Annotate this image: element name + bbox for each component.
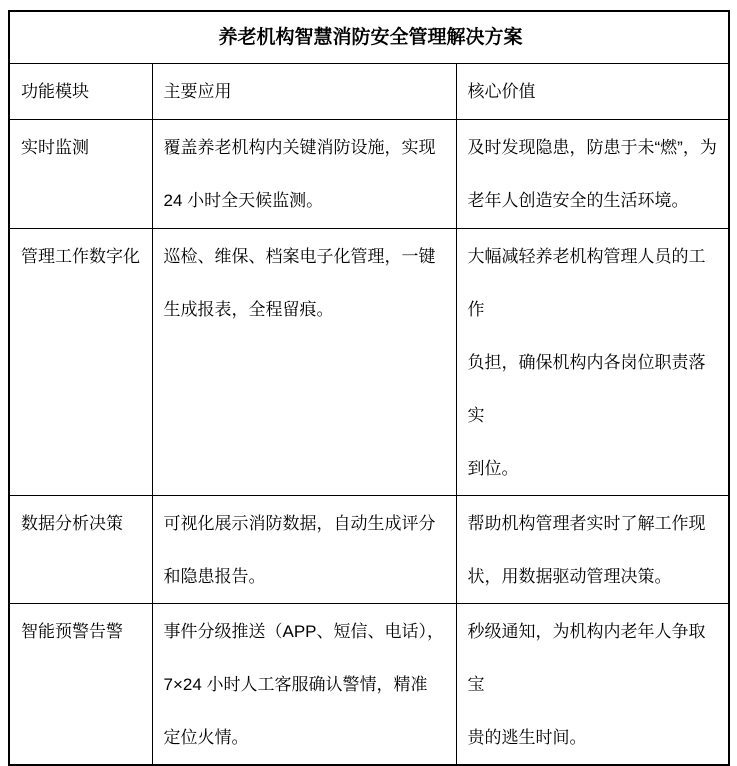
cell-value: 及时发现隐患，防患于未“燃”，为 老年人创造安全的生活环境。 bbox=[456, 119, 729, 228]
header-application: 主要应用 bbox=[152, 63, 456, 119]
cell-module: 智能预警告警 bbox=[9, 603, 152, 765]
cell-application: 可视化展示消防数据，自动生成评分 和隐患报告。 bbox=[152, 495, 456, 603]
cell-application: 事件分级推送（APP、短信、电话）， 7×24 小时人工客服确认警情，精准 定位… bbox=[152, 603, 456, 765]
table-row: 数据分析决策 可视化展示消防数据，自动生成评分 和隐患报告。 帮助机构管理者实时… bbox=[9, 495, 729, 603]
table-title-row: 养老机构智慧消防安全管理解决方案 bbox=[9, 11, 729, 63]
cell-application: 巡检、维保、档案电子化管理，一键 生成报表，全程留痕。 bbox=[152, 228, 456, 495]
header-module: 功能模块 bbox=[9, 63, 152, 119]
cell-value: 帮助机构管理者实时了解工作现 状，用数据驱动管理决策。 bbox=[456, 495, 729, 603]
cell-module: 实时监测 bbox=[9, 119, 152, 228]
cell-value: 大幅减轻养老机构管理人员的工作 负担，确保机构内各岗位职责落实 到位。 bbox=[456, 228, 729, 495]
header-value: 核心价值 bbox=[456, 63, 729, 119]
table-row: 实时监测 覆盖养老机构内关键消防设施，实现 24 小时全天候监测。 及时发现隐患… bbox=[9, 119, 729, 228]
cell-application: 覆盖养老机构内关键消防设施，实现 24 小时全天候监测。 bbox=[152, 119, 456, 228]
cell-value: 秒级通知，为机构内老年人争取宝 贵的逃生时间。 bbox=[456, 603, 729, 765]
table-row: 智能预警告警 事件分级推送（APP、短信、电话）， 7×24 小时人工客服确认警… bbox=[9, 603, 729, 765]
table-title: 养老机构智慧消防安全管理解决方案 bbox=[9, 11, 729, 63]
table-row: 管理工作数字化 巡检、维保、档案电子化管理，一键 生成报表，全程留痕。 大幅减轻… bbox=[9, 228, 729, 495]
table-header-row: 功能模块 主要应用 核心价值 bbox=[9, 63, 729, 119]
solution-table: 养老机构智慧消防安全管理解决方案 功能模块 主要应用 核心价值 实时监测 覆盖养… bbox=[8, 10, 730, 766]
cell-module: 管理工作数字化 bbox=[9, 228, 152, 495]
cell-module: 数据分析决策 bbox=[9, 495, 152, 603]
